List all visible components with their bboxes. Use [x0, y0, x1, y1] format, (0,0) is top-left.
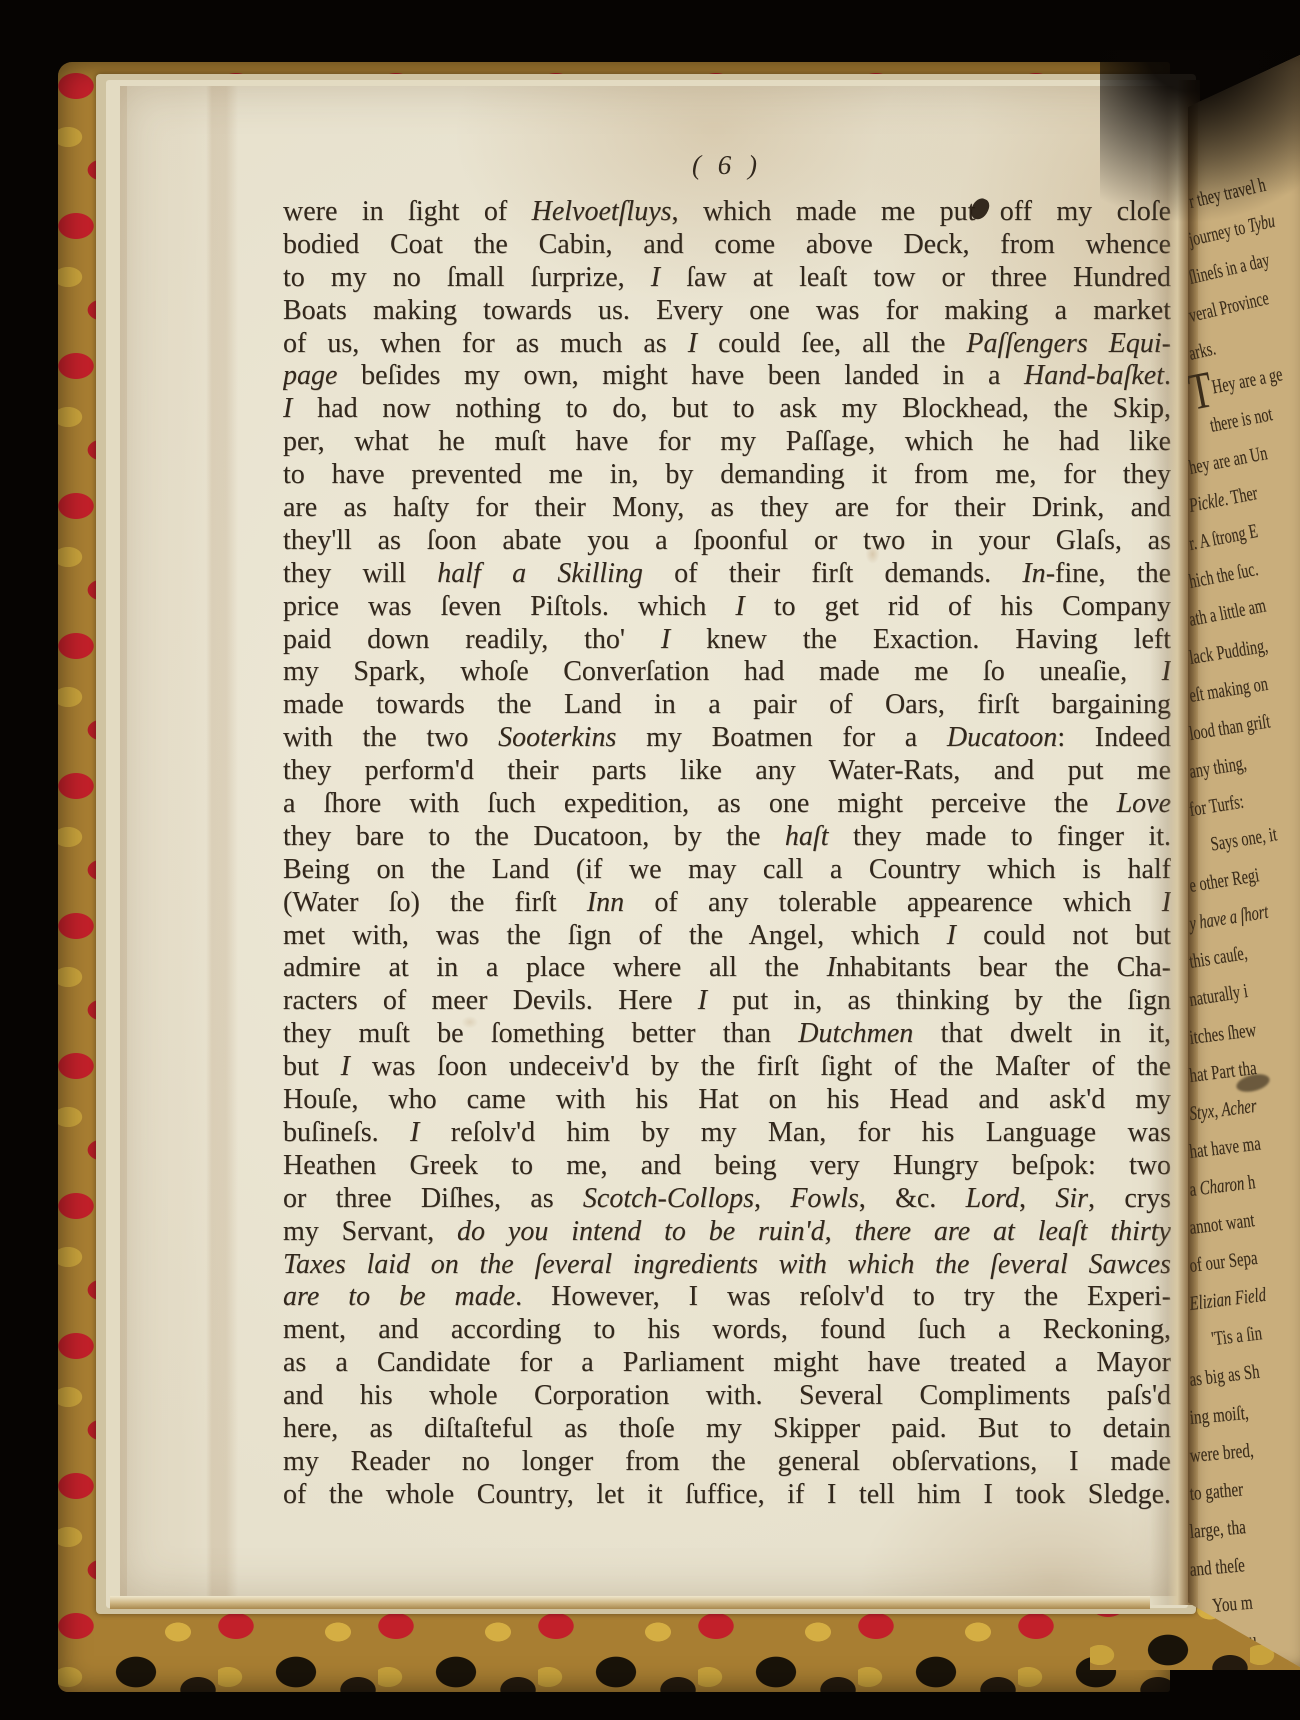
text-line: of us, when for as much as I could ſee, … [283, 328, 1171, 361]
text-line: my Reader no longer from the general obſ… [283, 1446, 1171, 1479]
text-line: made towards the Land in a pair of Oars,… [283, 689, 1171, 722]
text-line: they perform'd their parts like any Wate… [283, 755, 1171, 788]
text-line: with the two Sooterkins my Boatmen for a… [283, 722, 1171, 755]
text-line: admire at in a place where all the Inhab… [283, 952, 1171, 985]
left-page: ( 6 ) were in ſight of Helvoetſluys, whi… [120, 86, 1180, 1596]
text-line: they will half a Skilling of their firſt… [283, 558, 1171, 591]
text-line: Houſe, who came with his Hat on his Head… [283, 1084, 1171, 1117]
text-line: Boats making towards us. Every one was f… [283, 295, 1171, 328]
text-line: Heathen Greek to me, and being very Hung… [283, 1150, 1171, 1183]
text-line: I had now nothing to do, but to ask my B… [283, 393, 1171, 426]
page-bottom-edge [110, 1596, 1150, 1609]
text-line: met with, was the ſign of the Angel, whi… [283, 920, 1171, 953]
text-line: to my no ſmall ſurprize, I ſaw at leaſt … [283, 262, 1171, 295]
text-line: or three Diſhes, as Scotch-Collops, Fowl… [283, 1183, 1171, 1216]
text-line: my Servant, do you intend to be ruin'd, … [283, 1216, 1171, 1249]
text-line: bodied Coat the Cabin, and come above De… [283, 229, 1171, 262]
text-line: were in ſight of Helvoetſluys, which mad… [283, 196, 1171, 229]
text-line: as a Candidate for a Parliament might ha… [283, 1347, 1171, 1380]
text-line: per, what he muſt have for my Paſſage, w… [283, 426, 1171, 459]
text-line: (Water ſo) the firſt Inn of any tolerabl… [283, 887, 1171, 920]
facing-text: r they travel hjourney to Tybuſlineſs in… [1190, 183, 1300, 1665]
text-line: page beſides my own, might have been lan… [283, 360, 1171, 393]
text-line: they'll as ſoon abate you a ſpoonful or … [283, 525, 1171, 558]
text-line: my Spark, whoſe Converſation had made me… [283, 656, 1171, 689]
text-line: ment, and according to his words, found … [283, 1314, 1171, 1347]
text-line: and his whole Corporation with. Several … [283, 1380, 1171, 1413]
text-line: Being on the Land (if we may call a Coun… [283, 854, 1171, 887]
page-number: ( 6 ) [283, 150, 1180, 181]
text-line: buſineſs. I reſolv'd him by my Man, for … [283, 1117, 1171, 1150]
text-line: a ſhore with ſuch expedition, as one mig… [283, 788, 1171, 821]
text-line: price was ſeven Piſtols. which I to get … [283, 591, 1171, 624]
text-line: paid down readily, tho' I knew the Exact… [283, 624, 1171, 657]
text-line: Taxes laid on the ſeveral ingredients wi… [283, 1249, 1171, 1282]
text-line: to have prevented me in, by demanding it… [283, 459, 1171, 492]
text-line: racters of meer Devils. Here I put in, a… [283, 985, 1171, 1018]
text-line: are as haſty for their Mony, as they are… [283, 492, 1171, 525]
text-line: here, as diſtaſteful as thoſe my Skipper… [283, 1413, 1171, 1446]
facing-page: r they travel hjourney to Tybuſlineſs in… [1188, 55, 1300, 1667]
text-line: but I was ſoon undeceiv'd by the firſt ſ… [283, 1051, 1171, 1084]
text-line: they bare to the Ducatoon, by the haſt t… [283, 821, 1171, 854]
text-line: of the whole Country, let it ſuffice, if… [283, 1479, 1171, 1512]
text-line: are to be made. However, I was reſolv'd … [283, 1281, 1171, 1314]
text-line: they muſt be ſomething better than Dutch… [283, 1018, 1171, 1051]
book-photo: ( 6 ) were in ſight of Helvoetſluys, whi… [0, 0, 1300, 1720]
body-text: were in ſight of Helvoetſluys, which mad… [283, 196, 1171, 1512]
